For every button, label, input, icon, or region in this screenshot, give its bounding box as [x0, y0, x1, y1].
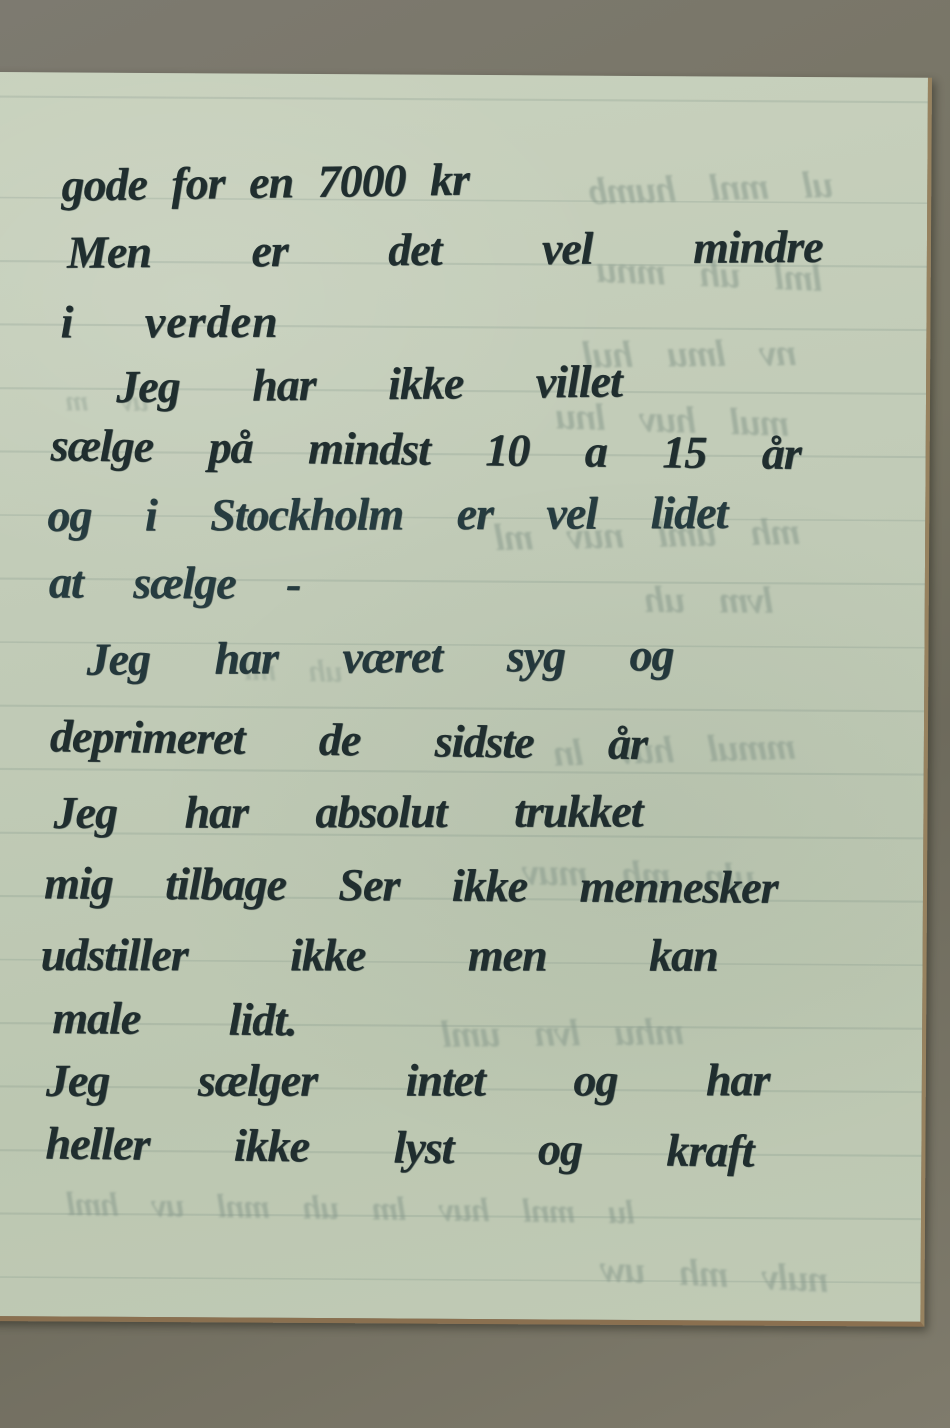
handwriting-line-3: i verden [60, 295, 278, 349]
handwriting-line-9: deprimeret de sidste år [50, 709, 648, 770]
handwriting-line-5: sælge på mindst 10 a 15 år [50, 418, 801, 480]
handwriting-line-12: udstiller ikke men kan [41, 928, 718, 982]
handwriting-line-14: Jeg sælger intet og har [46, 1053, 770, 1107]
showthrough-line: mhu lvn uml [442, 1010, 684, 1057]
handwriting-line-7: at sælge - [49, 555, 301, 610]
handwriting-line-10: Jeg har absolut trukket [53, 784, 642, 839]
handwriting-line-13: male lidt. [52, 991, 297, 1046]
handwriting-line-1: gode for en 7000 kr [61, 153, 469, 212]
showthrough-line: ul mnl humb [589, 163, 834, 214]
letter-sheet: ul mnl humb lml uh mnu nv lmu hul uv m m… [0, 72, 932, 1327]
showthrough-line: lvm uh [645, 578, 774, 623]
handwriting-line-8: Jeg har været syg og [86, 628, 673, 686]
handwriting-line-11: mig tilbage Ser ikke mennesker [44, 856, 778, 913]
handwriting-line-2: Men er det vel mindre [67, 220, 823, 279]
handwriting-line-4: Jeg har ikke villet [116, 354, 622, 413]
handwriting-line-6: og i Stockholm er vel lidet [47, 486, 727, 542]
handwriting-line-15: heller ikke lyst og kraft [45, 1117, 754, 1178]
scanned-letter-page: { "letter": { "lines": [ "gode for en 70… [0, 0, 950, 1428]
